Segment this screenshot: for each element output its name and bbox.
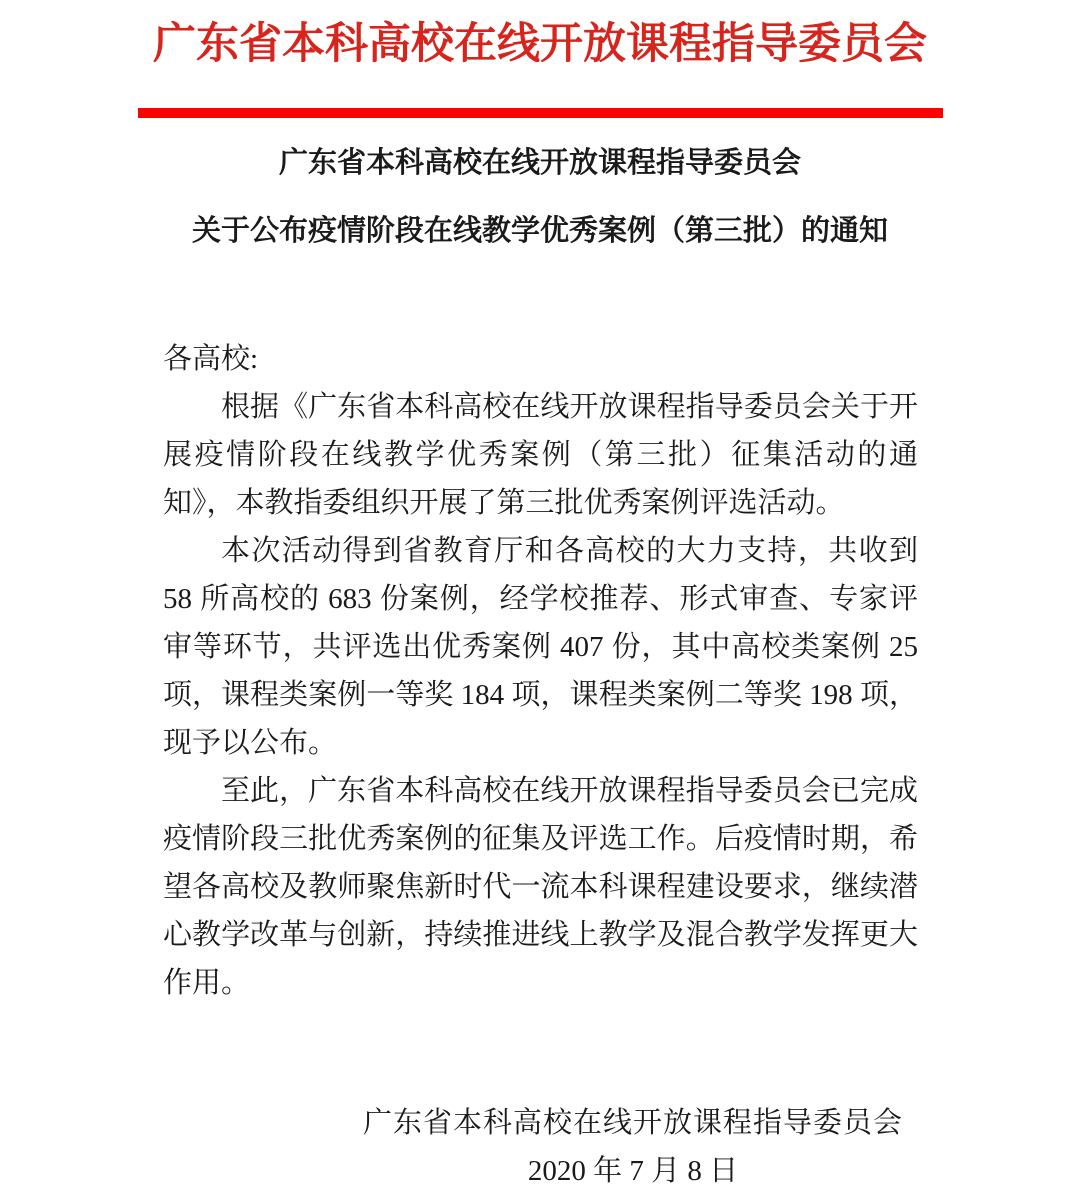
paragraph-1: 根据《广东省本科高校在线开放课程指导委员会关于开展疫情阶段在线教学优秀案例（第三… <box>163 383 918 527</box>
document-page: 广东省本科高校在线开放课程指导委员会 广东省本科高校在线开放课程指导委员会 关于… <box>0 0 1080 1203</box>
signature-block: 广东省本科高校在线开放课程指导委员会 2020 年 7 月 8 日 <box>363 1099 903 1195</box>
letterhead-rule <box>138 108 943 118</box>
doc-body: 各高校: 根据《广东省本科高校在线开放课程指导委员会关于开展疫情阶段在线教学优秀… <box>163 335 918 1007</box>
letterhead-org-title: 广东省本科高校在线开放课程指导委员会 <box>0 18 1080 72</box>
paragraph-3: 至此，广东省本科高校在线开放课程指导委员会已完成疫情阶段三批优秀案例的征集及评选… <box>163 767 918 1007</box>
signature-date: 2020 年 7 月 8 日 <box>363 1147 903 1195</box>
salutation: 各高校: <box>163 335 918 383</box>
doc-title-line1: 广东省本科高校在线开放课程指导委员会 <box>0 146 1080 180</box>
paragraph-2: 本次活动得到省教育厅和各高校的大力支持，共收到 58 所高校的 683 份案例，… <box>163 527 918 767</box>
signature-name: 广东省本科高校在线开放课程指导委员会 <box>363 1099 903 1147</box>
doc-title-line2: 关于公布疫情阶段在线教学优秀案例（第三批）的通知 <box>0 213 1080 249</box>
